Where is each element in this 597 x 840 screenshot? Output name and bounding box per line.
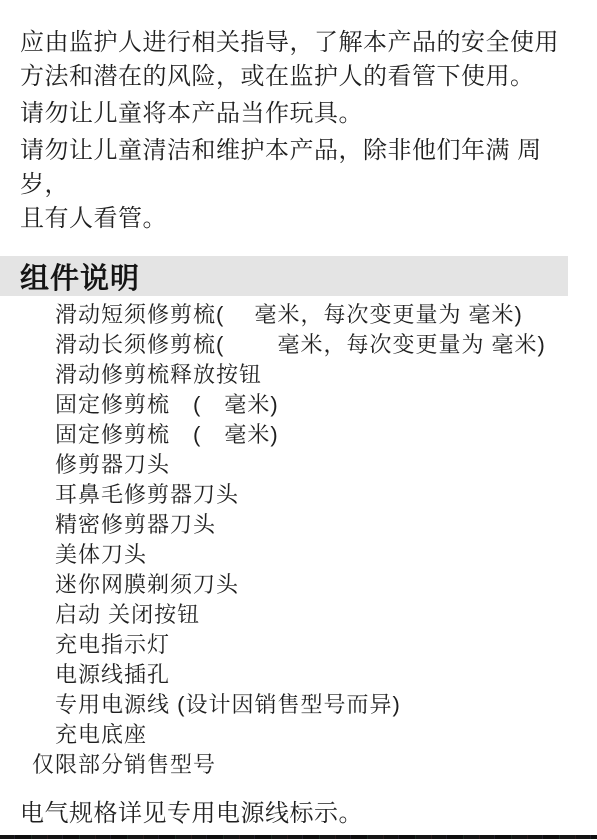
text-line: 请勿让儿童将本产品当作玩具。 xyxy=(20,97,583,131)
parts-list-item: 美体刀头 xyxy=(55,540,597,570)
safety-instructions: 应由监护人进行相关指导，了解本产品的安全使用 方法和潜在的风险，或在监护人的看管… xyxy=(20,0,583,236)
parts-list-item: 启动 关闭按钮 xyxy=(55,600,597,630)
parts-list-item: 固定修剪梳 ( 毫米) xyxy=(55,420,597,450)
text-line: 且有人看管。 xyxy=(20,202,583,236)
parts-list-item: 迷你网膜剃须刀头 xyxy=(55,570,597,600)
parts-list-item: 滑动短须修剪梳( 毫米，每次变更量为 毫米) xyxy=(55,300,597,330)
safety-paragraph: 请勿让儿童将本产品当作玩具。 xyxy=(20,97,583,131)
parts-list-item: 充电指示灯 xyxy=(55,630,597,660)
safety-paragraph: 应由监护人进行相关指导，了解本产品的安全使用 方法和潜在的风险，或在监护人的看管… xyxy=(20,26,583,94)
parts-list-item: 滑动长须修剪梳( 毫米，每次变更量为 毫米) xyxy=(55,330,597,360)
safety-paragraph: 请勿让儿童清洁和维护本产品，除非他们年满 周岁， 且有人看管。 xyxy=(20,134,583,236)
text-line: 请勿让儿童清洁和维护本产品，除非他们年满 周岁， xyxy=(20,134,583,202)
section-title: 组件说明 xyxy=(20,256,140,297)
parts-list-item: 精密修剪器刀头 xyxy=(55,510,597,540)
model-availability-note: 仅限部分销售型号 xyxy=(32,750,597,780)
text-line: 方法和潜在的风险，或在监护人的看管下使用。 xyxy=(20,60,583,94)
manual-page: 应由监护人进行相关指导，了解本产品的安全使用 方法和潜在的风险，或在监护人的看管… xyxy=(0,0,597,840)
parts-list-item: 滑动修剪梳释放按钮 xyxy=(55,360,597,390)
parts-list: 滑动短须修剪梳( 毫米，每次变更量为 毫米) 滑动长须修剪梳( 毫米，每次变更量… xyxy=(55,300,597,750)
electrical-spec-note: 电气规格详见专用电源线标示。 xyxy=(20,797,583,831)
page-edge-scan-line xyxy=(0,835,597,839)
text-line: 应由监护人进行相关指导，了解本产品的安全使用 xyxy=(20,26,583,60)
parts-list-item: 耳鼻毛修剪器刀头 xyxy=(55,480,597,510)
parts-list-item: 修剪器刀头 xyxy=(55,450,597,480)
parts-list-item: 电源线插孔 xyxy=(55,660,597,690)
parts-list-item: 固定修剪梳 ( 毫米) xyxy=(55,390,597,420)
parts-list-item: 专用电源线 (设计因销售型号而异) xyxy=(55,690,597,720)
section-header-parts: 组件说明 xyxy=(0,256,568,296)
parts-list-item: 充电底座 xyxy=(55,720,597,750)
